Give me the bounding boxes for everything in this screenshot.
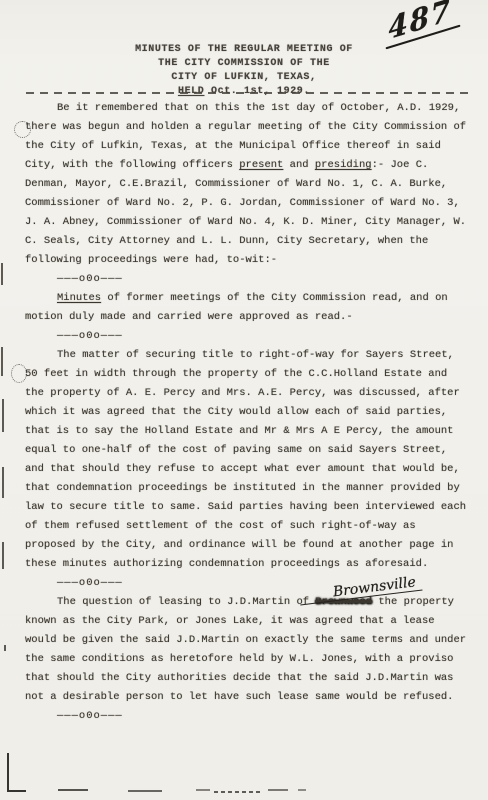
paragraph-right-of-way: The matter of securing title to right-of… xyxy=(25,346,469,574)
edge-scan-mark xyxy=(2,399,4,432)
paragraph-opening: Be it remembered that on this the 1st da… xyxy=(25,99,469,270)
title-line-1: MINUTES OF THE REGULAR MEETING OF xyxy=(0,43,488,57)
pencil-circle-mark xyxy=(11,364,27,383)
pencil-circle-mark xyxy=(14,121,31,138)
bottom-scan-smudge xyxy=(214,791,260,793)
section-divider: ———o0o——— xyxy=(25,707,469,726)
edge-scan-mark xyxy=(1,347,3,376)
edge-scan-mark xyxy=(4,645,6,651)
present-underlined: present xyxy=(239,159,283,171)
struck-out-word: BrownwoodBrownsville xyxy=(315,596,372,608)
edge-scan-mark xyxy=(1,263,3,285)
p1-and: and xyxy=(283,159,315,171)
edge-scan-mark xyxy=(2,467,4,498)
bottom-scan-smudge xyxy=(196,789,210,791)
section-divider: ———o0o——— xyxy=(25,270,469,289)
p1-text-b: :- Joe C. Denman, Mayor, C.E.Brazil, Com… xyxy=(25,159,466,266)
presiding-underlined: presiding xyxy=(315,159,372,171)
paragraph-minutes-approved: Minutes of former meetings of the City C… xyxy=(25,289,469,327)
p4-text-a: The question of leasing to J.D.Martin of xyxy=(57,596,315,608)
paragraph-lease: The question of leasing to J.D.Martin of… xyxy=(25,593,469,707)
document-title: MINUTES OF THE REGULAR MEETING OF THE CI… xyxy=(0,43,488,99)
bottom-scan-smudge xyxy=(268,789,288,791)
title-line-3: CITY OF LUFKIN, TEXAS, xyxy=(0,71,488,85)
minutes-word-underlined: Minutes xyxy=(57,292,101,304)
handwritten-page-number: 487 xyxy=(388,0,453,46)
p4-text-b: the property known as the City Park, or … xyxy=(25,596,466,703)
bottom-scan-smudge xyxy=(128,790,162,792)
edge-scan-mark xyxy=(2,542,4,569)
dashed-rule xyxy=(26,92,472,94)
scanned-minutes-page: 487 MINUTES OF THE REGULAR MEETING OF TH… xyxy=(0,0,488,800)
minutes-body: Be it remembered that on this the 1st da… xyxy=(25,99,469,726)
bottom-scan-smudge xyxy=(298,789,306,791)
page-corner-mark xyxy=(7,753,26,792)
bottom-scan-smudge xyxy=(58,789,88,791)
section-divider: ———o0o——— xyxy=(25,327,469,346)
title-line-2: THE CITY COMMISSION OF THE xyxy=(0,57,488,71)
